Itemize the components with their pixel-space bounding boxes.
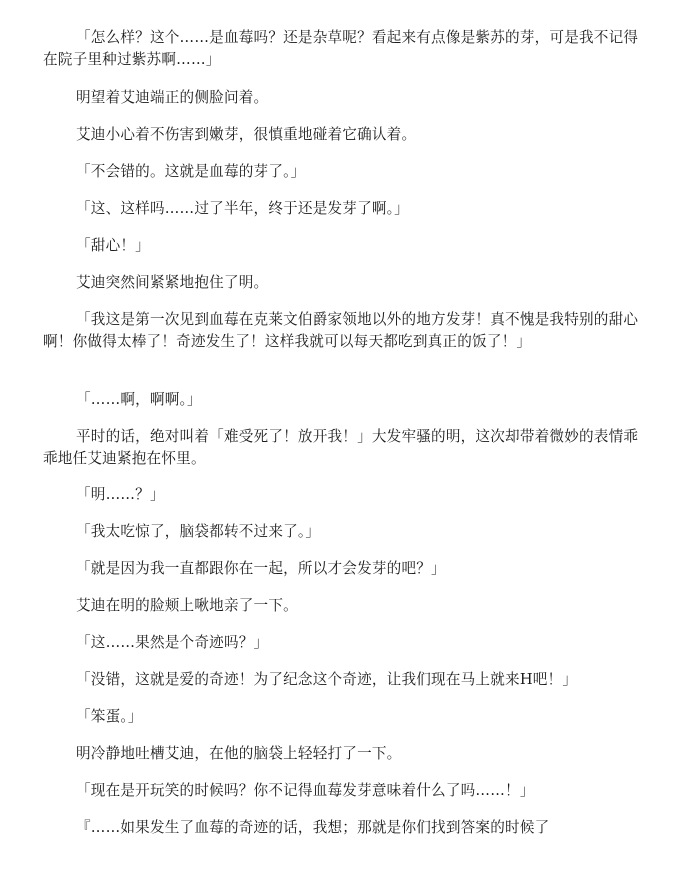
paragraph: 艾迪在明的脸颊上啾地亲了一下。: [43, 595, 643, 617]
paragraph: 「这、这样吗……过了半年，终于还是发芽了啊。」: [43, 198, 643, 220]
paragraph: 「就是因为我一直都跟你在一起，所以才会发芽的吧？」: [43, 558, 643, 580]
paragraph: 「笨蛋。」: [43, 706, 643, 728]
paragraph: 「这……果然是个奇迹吗？」: [43, 632, 643, 654]
paragraph: 「……啊，啊啊。」: [43, 389, 643, 411]
paragraph: 艾迪小心着不伤害到嫩芽，很慎重地碰着它确认着。: [43, 124, 643, 146]
paragraph: 明望着艾迪端正的侧脸问着。: [43, 87, 643, 109]
paragraph: 「现在是开玩笑的时候吗？你不记得血莓发芽意味着什么了吗……！」: [43, 780, 643, 802]
paragraph: 艾迪突然间紧紧地抱住了明。: [43, 272, 643, 294]
paragraph: 明冷静地吐槽艾迪，在他的脑袋上轻轻打了一下。: [43, 743, 643, 765]
paragraph: 「我太吃惊了，脑袋都转不过来了。」: [43, 521, 643, 543]
paragraph: 「没错，这就是爱的奇迹！为了纪念这个奇迹，让我们现在马上就来H吧！」: [43, 669, 643, 691]
paragraph: 平时的话，绝对叫着「难受死了！放开我！」大发牢骚的明，这次却带着微妙的表情乖乖地…: [43, 426, 643, 470]
paragraph: 「不会错的。这就是血莓的芽了。」: [43, 161, 643, 183]
paragraph: 「甜心！」: [43, 235, 643, 257]
paragraph: 『……如果发生了血莓的奇迹的话，我想；那就是你们找到答案的时候了: [43, 817, 643, 839]
paragraph: 「明……？」: [43, 484, 643, 506]
paragraph: 「怎么样？这个……是血莓吗？还是杂草呢？看起来有点像是紫苏的芽，可是我不记得在院…: [43, 27, 643, 71]
paragraph: 「我这是第一次见到血莓在克莱文伯爵家领地以外的地方发芽！真不愧是我特别的甜心啊！…: [43, 309, 643, 353]
